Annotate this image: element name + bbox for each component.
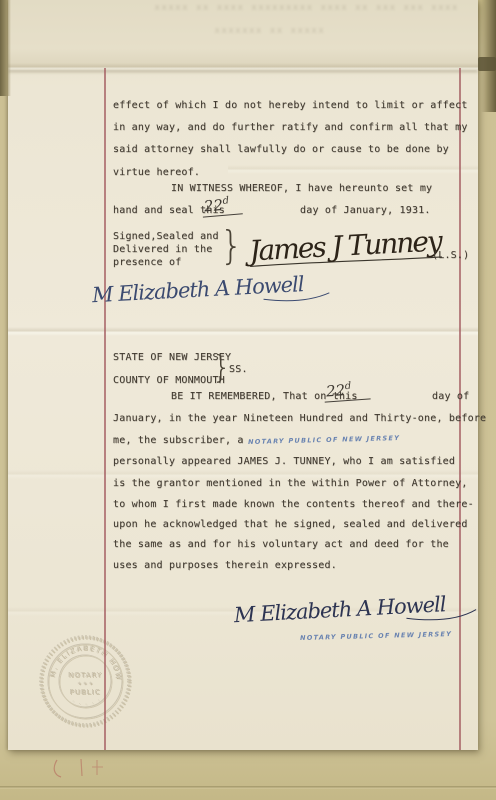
typed-line: Delivered in the — [113, 244, 213, 256]
typed-line: to whom I first made known the contents … — [113, 499, 474, 511]
typed-line: virtue hereof. — [113, 167, 200, 179]
day-number: 22 — [203, 196, 224, 216]
typed-line: effect of which I do not hereby intend t… — [113, 100, 468, 112]
right-margin-rule — [459, 68, 461, 750]
ls-seal-label: (L.S.) — [432, 250, 469, 262]
bleed-through-text: xxxx xxx xxx xx xxxx xxxxxxxxx xxxx xx x… — [153, 3, 457, 13]
typed-line: day of — [432, 391, 469, 403]
seal-ring-dots: · · · · · — [72, 698, 105, 709]
top-fold-flap: xxxx xxx xxx xx xxxx xxxxxxxxx xxxx xx x… — [8, 0, 478, 70]
howell-signature-text: M Elizabeth A Howell — [90, 272, 304, 307]
typed-line: Signed,Sealed and — [113, 231, 219, 243]
day-number: 22 — [325, 381, 345, 400]
embossed-notary-seal: M. ELIZABETH HOWELL · · · · · NOTARY ✶ ✶… — [38, 634, 134, 730]
seal-center-line2: PUBLIC — [71, 689, 102, 697]
left-margin-rule — [104, 68, 106, 750]
typed-line: SS. — [229, 364, 248, 376]
scan-edge-notch — [478, 57, 496, 71]
handwritten-day: 22d — [202, 196, 242, 216]
typed-line: January, in the year Nineteen Hundred an… — [113, 413, 486, 425]
howell-signature-text: M Elizabeth A Howell — [232, 592, 446, 627]
typed-line: is the grantor mentioned in the within P… — [113, 478, 468, 490]
day-suffix: d — [344, 381, 351, 392]
typed-line: personally appeared JAMES J. TUNNEY, who… — [113, 456, 455, 468]
scan-corner-shadow — [0, 0, 11, 96]
bleed-through-text: xxxxx xx xxxxxxx — [213, 26, 324, 36]
scan-corner-shadow — [481, 0, 496, 112]
typed-line: uses and purposes therein expressed. — [113, 560, 337, 572]
notary-stamp-inline: NOTARY PUBLIC OF NEW JERSEY — [248, 434, 400, 446]
typed-line: in any way, and do further ratify and co… — [113, 122, 468, 134]
typed-line: IN WITNESS WHEREOF, I have hereunto set … — [171, 183, 432, 195]
typed-line: the same as and for his voluntary act an… — [113, 539, 449, 551]
seal-center-stars: ✶ ✶ ✶ — [78, 682, 94, 688]
fold-crease — [228, 165, 478, 174]
document-page: xxxx xxx xxx xx xxxx xxxxxxxxx xxxx xx x… — [8, 0, 478, 750]
handwritten-day: 22d — [324, 381, 370, 401]
fold-crease — [8, 327, 478, 336]
red-pen-marks — [45, 754, 125, 786]
typed-line: said attorney shall lawfully do or cause… — [113, 144, 449, 156]
typed-line: COUNTY OF MONMOUTH — [113, 375, 225, 387]
typed-line: upon he acknowledged that he signed, sea… — [113, 519, 468, 531]
tunney-signature-text: James J Tunney — [243, 224, 444, 267]
typed-line: me, the subscriber, a — [113, 435, 244, 447]
bottom-fold-crease — [0, 786, 496, 789]
scanned-document: xxxx xxx xxx xx xxxx xxxxxxxxx xxxx xx x… — [0, 0, 496, 800]
day-suffix: d — [222, 195, 229, 207]
seal-center-line1: NOTARY — [69, 672, 103, 680]
